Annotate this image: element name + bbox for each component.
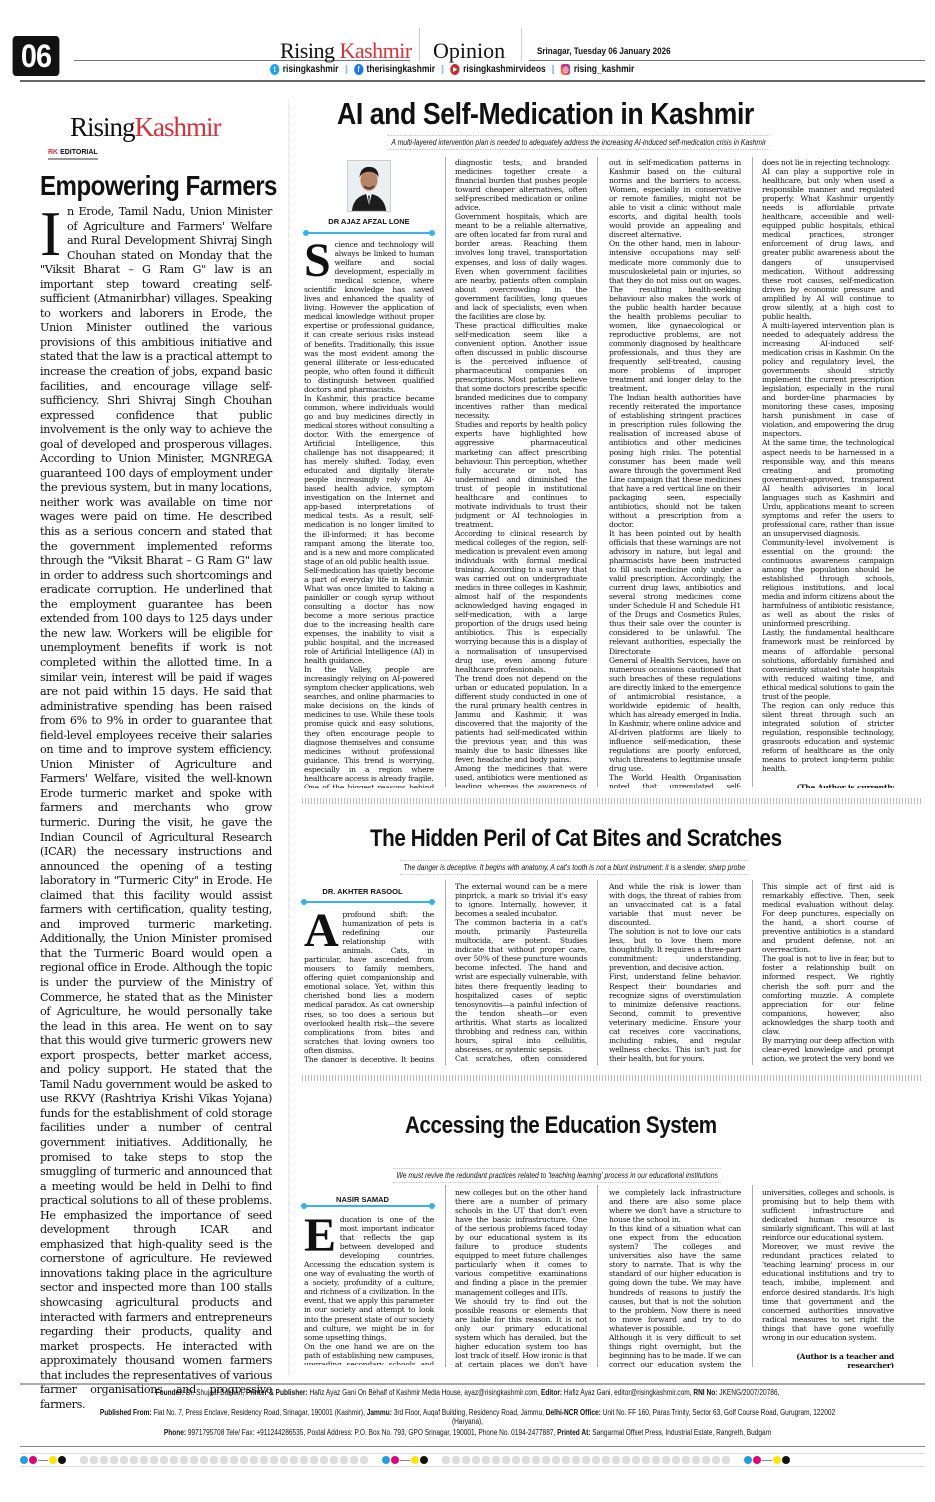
social-handle-twitter[interactable]: risingkashmir: [283, 64, 339, 75]
cyan-dot-icon: [20, 1456, 28, 1464]
black-dot-icon: [58, 1456, 66, 1464]
drop-cap: E: [304, 1217, 336, 1255]
registration-marks: [744, 1456, 790, 1464]
social-handle-facebook[interactable]: therisingkashmir: [367, 64, 436, 75]
column-divider: [445, 157, 446, 787]
article-edu-column-4: universities, colleges and schools, is p…: [762, 1188, 894, 1368]
social-separator: [442, 65, 444, 74]
rk-mark: RK: [48, 149, 58, 156]
footer-label: Founder:: [156, 1388, 184, 1397]
article-cat-column-2: The external wound can be a mere pinpric…: [455, 882, 587, 1064]
footer-text: 9971795708 Tele/ Fax: +911244286535, Pos…: [186, 1428, 557, 1437]
facebook-icon: f: [354, 64, 363, 75]
youtube-icon: ▶: [450, 64, 459, 75]
registration-marks: [20, 1456, 66, 1464]
column-divider: [752, 880, 753, 1065]
article-cat-column-4: This simple act of first aid is remarkab…: [762, 882, 894, 1064]
footer-imprint-line-2: Published From: Flat No. 7, Press Enclav…: [84, 1408, 851, 1426]
byline-rule: [304, 1205, 432, 1207]
footer-top-rule: [20, 1383, 925, 1385]
column-divider: [597, 1185, 598, 1367]
article-ai-column-2: diagnostic tests, and branded medicines …: [455, 158, 587, 788]
column-divider: [597, 880, 598, 1065]
column-divider: [445, 880, 446, 1065]
footer-text: Hafiz Ayaz Gani, editor@risingkashmir.co…: [562, 1388, 693, 1397]
magenta-dot-icon: [29, 1456, 37, 1464]
article-edu-column-2: new colleges but on the other hand there…: [455, 1188, 587, 1368]
social-links: t risingkashmir f therisingkashmir ▶ ris…: [270, 64, 634, 75]
article-cat-headline: The Hidden Peril of Cat Bites and Scratc…: [370, 825, 782, 853]
column-text: out in self-medication patterns in Kashm…: [609, 158, 741, 788]
column-text: universities, colleges and schools, is p…: [762, 1188, 894, 1342]
article-edu-column-3: we completely lack infrastructure and th…: [609, 1188, 741, 1368]
footer-bottom-rule: [20, 1446, 925, 1447]
article-ai-column-4: does not lie in rejecting technology. AI…: [762, 158, 894, 788]
footer-text: Hafiz Ayaz Gani On Behalf of Kashmir Med…: [308, 1388, 541, 1397]
masthead-divider: [419, 28, 420, 61]
cyan-dot-icon: [382, 1456, 390, 1464]
column-divider: [445, 1185, 446, 1367]
footer-text: JKENG/2007/20786,: [717, 1388, 779, 1397]
page-number: 06: [13, 36, 60, 76]
article-cat-byline: DR. AKHTER RASOOL: [305, 887, 420, 896]
article-ai-author-note: (The Author is currently working as an A…: [762, 783, 894, 788]
black-dot-icon: [782, 1456, 790, 1464]
instagram-icon: ◎: [561, 64, 570, 75]
footer-imprint-line-3: Phone: 9971795708 Tele/ Fax: +9112442865…: [84, 1428, 851, 1437]
column-text: diagnostic tests, and branded medicines …: [455, 158, 587, 788]
column-divider: [752, 1185, 753, 1367]
magenta-dot-icon: [391, 1456, 399, 1464]
footer-text: 3rd Floor, Auqaf Building, Residency Roa…: [392, 1408, 546, 1417]
reg-line: [400, 1460, 410, 1461]
social-separator: [553, 65, 555, 74]
column-text: does not lie in rejecting technology. AI…: [762, 158, 894, 773]
editorial-headline: Empowering Farmers: [40, 170, 277, 202]
article-edu-column-1: Education is one of the most important i…: [304, 1215, 434, 1365]
dateline: Srinagar, Tuesday 06 January 2026: [537, 46, 671, 57]
editorial-logo: RisingKashmir: [70, 112, 221, 143]
column-text: The external wound can be a mere pinpric…: [455, 882, 587, 1064]
byline-rule: [306, 232, 432, 234]
column-text: new colleges but on the other hand there…: [455, 1188, 587, 1368]
editorial-text: n Erode, Tamil Nadu, Union Minister of A…: [40, 205, 272, 1411]
column-text: we completely lack infrastructure and th…: [609, 1188, 741, 1368]
social-handle-youtube[interactable]: risingkashmirvideos: [463, 64, 546, 75]
article-ai-byline: DR AJAZ AFZAL LONE: [315, 217, 423, 226]
footer-label: RNI No:: [693, 1388, 717, 1397]
section-name: Opinion: [433, 38, 505, 64]
footer-label: Editor:: [541, 1388, 562, 1397]
drop-cap: S: [304, 242, 330, 280]
footer-text: Sangarmal Offset Press, Industrial Estat…: [590, 1428, 771, 1437]
footer-label: Printed At:: [557, 1428, 590, 1437]
column-divider: [597, 157, 598, 787]
article-ai-dek: A multi-layered intervention plan is nee…: [388, 135, 769, 150]
article-ai-column-1: Science and technology will always be li…: [304, 240, 434, 788]
social-separator: [345, 65, 347, 74]
footer-label: Printer & Publisher:: [246, 1388, 308, 1397]
section-separator: [302, 1075, 922, 1081]
column-divider: [288, 100, 289, 1375]
article-edu-byline: NASIR SAMAD: [305, 1195, 420, 1204]
masthead-divider: [521, 28, 522, 61]
editorial-body: In Erode, Tamil Nadu, Union Minister of …: [40, 205, 272, 1412]
article-cat-column-1: A profound shift: the humanization of pe…: [304, 910, 434, 1062]
masthead-bottom-rule: [20, 80, 925, 82]
byline-rule: [304, 901, 432, 903]
footer-label: Delhi-NCR Office:: [546, 1408, 601, 1417]
footer-text: Flat No. 7, Press Enclave, Residency Roa…: [152, 1408, 367, 1417]
article-edu-author-note: (Author is a teacher and researcher): [762, 1352, 894, 1368]
print-color-bar: [20, 1453, 925, 1467]
footer-imprint-line-1: Founder: Dr. Shujaat Bukhari, Printer & …: [84, 1388, 851, 1397]
column-text: cience and technology will always be lin…: [304, 240, 434, 788]
footer-text: Dr. Shujaat Bukhari,: [184, 1388, 246, 1397]
black-dot-icon: [420, 1456, 428, 1464]
brand-kashmir: Kashmir: [339, 38, 411, 63]
column-text: And while the risk is lower than with do…: [609, 882, 741, 1064]
masthead-brand: Rising Kashmir: [280, 38, 412, 64]
author-photo: [347, 160, 391, 212]
drop-cap: I: [40, 208, 61, 260]
brand-rising: Rising: [280, 38, 339, 63]
article-cat-column-3: And while the risk is lower than with do…: [609, 882, 741, 1064]
column-text: This simple act of first aid is remarkab…: [762, 882, 894, 1064]
registration-marks: [382, 1456, 428, 1464]
section-separator: [302, 798, 922, 804]
yellow-dot-icon: [773, 1456, 781, 1464]
article-cat-dek: The danger is deceptive. It begins with …: [400, 860, 748, 875]
masthead-rule-right: [529, 60, 925, 61]
magenta-dot-icon: [753, 1456, 761, 1464]
yellow-dot-icon: [49, 1456, 57, 1464]
logo-rising: Rising: [70, 112, 135, 142]
drop-cap: A: [304, 912, 338, 950]
logo-kashmir: Kashmir: [135, 112, 221, 142]
yellow-dot-icon: [411, 1456, 419, 1464]
editorial-label: RK EDITORIAL: [48, 149, 98, 160]
grey-scale-steps: [80, 1456, 368, 1464]
article-edu-dek: We must revive the redundant practices r…: [393, 1168, 721, 1183]
reg-line: [38, 1460, 48, 1461]
footer-label: Phone:: [164, 1428, 186, 1437]
grey-scale-steps: [442, 1456, 730, 1464]
article-ai-headline: AI and Self-Medication in Kashmir: [337, 96, 754, 132]
column-divider: [752, 157, 753, 787]
article-ai-column-3: out in self-medication patterns in Kashm…: [609, 158, 741, 788]
reg-line: [762, 1460, 772, 1461]
editorial-label-text: EDITORIAL: [58, 149, 98, 156]
cyan-dot-icon: [744, 1456, 752, 1464]
footer-label: Published From:: [100, 1408, 152, 1417]
social-handle-instagram[interactable]: rising_kashmir: [574, 64, 634, 75]
author-portrait-icon: [348, 161, 390, 211]
article-edu-headline: Accessing the Education System: [405, 1112, 717, 1140]
twitter-icon: t: [270, 64, 279, 75]
footer-label: Jammu:: [367, 1408, 392, 1417]
